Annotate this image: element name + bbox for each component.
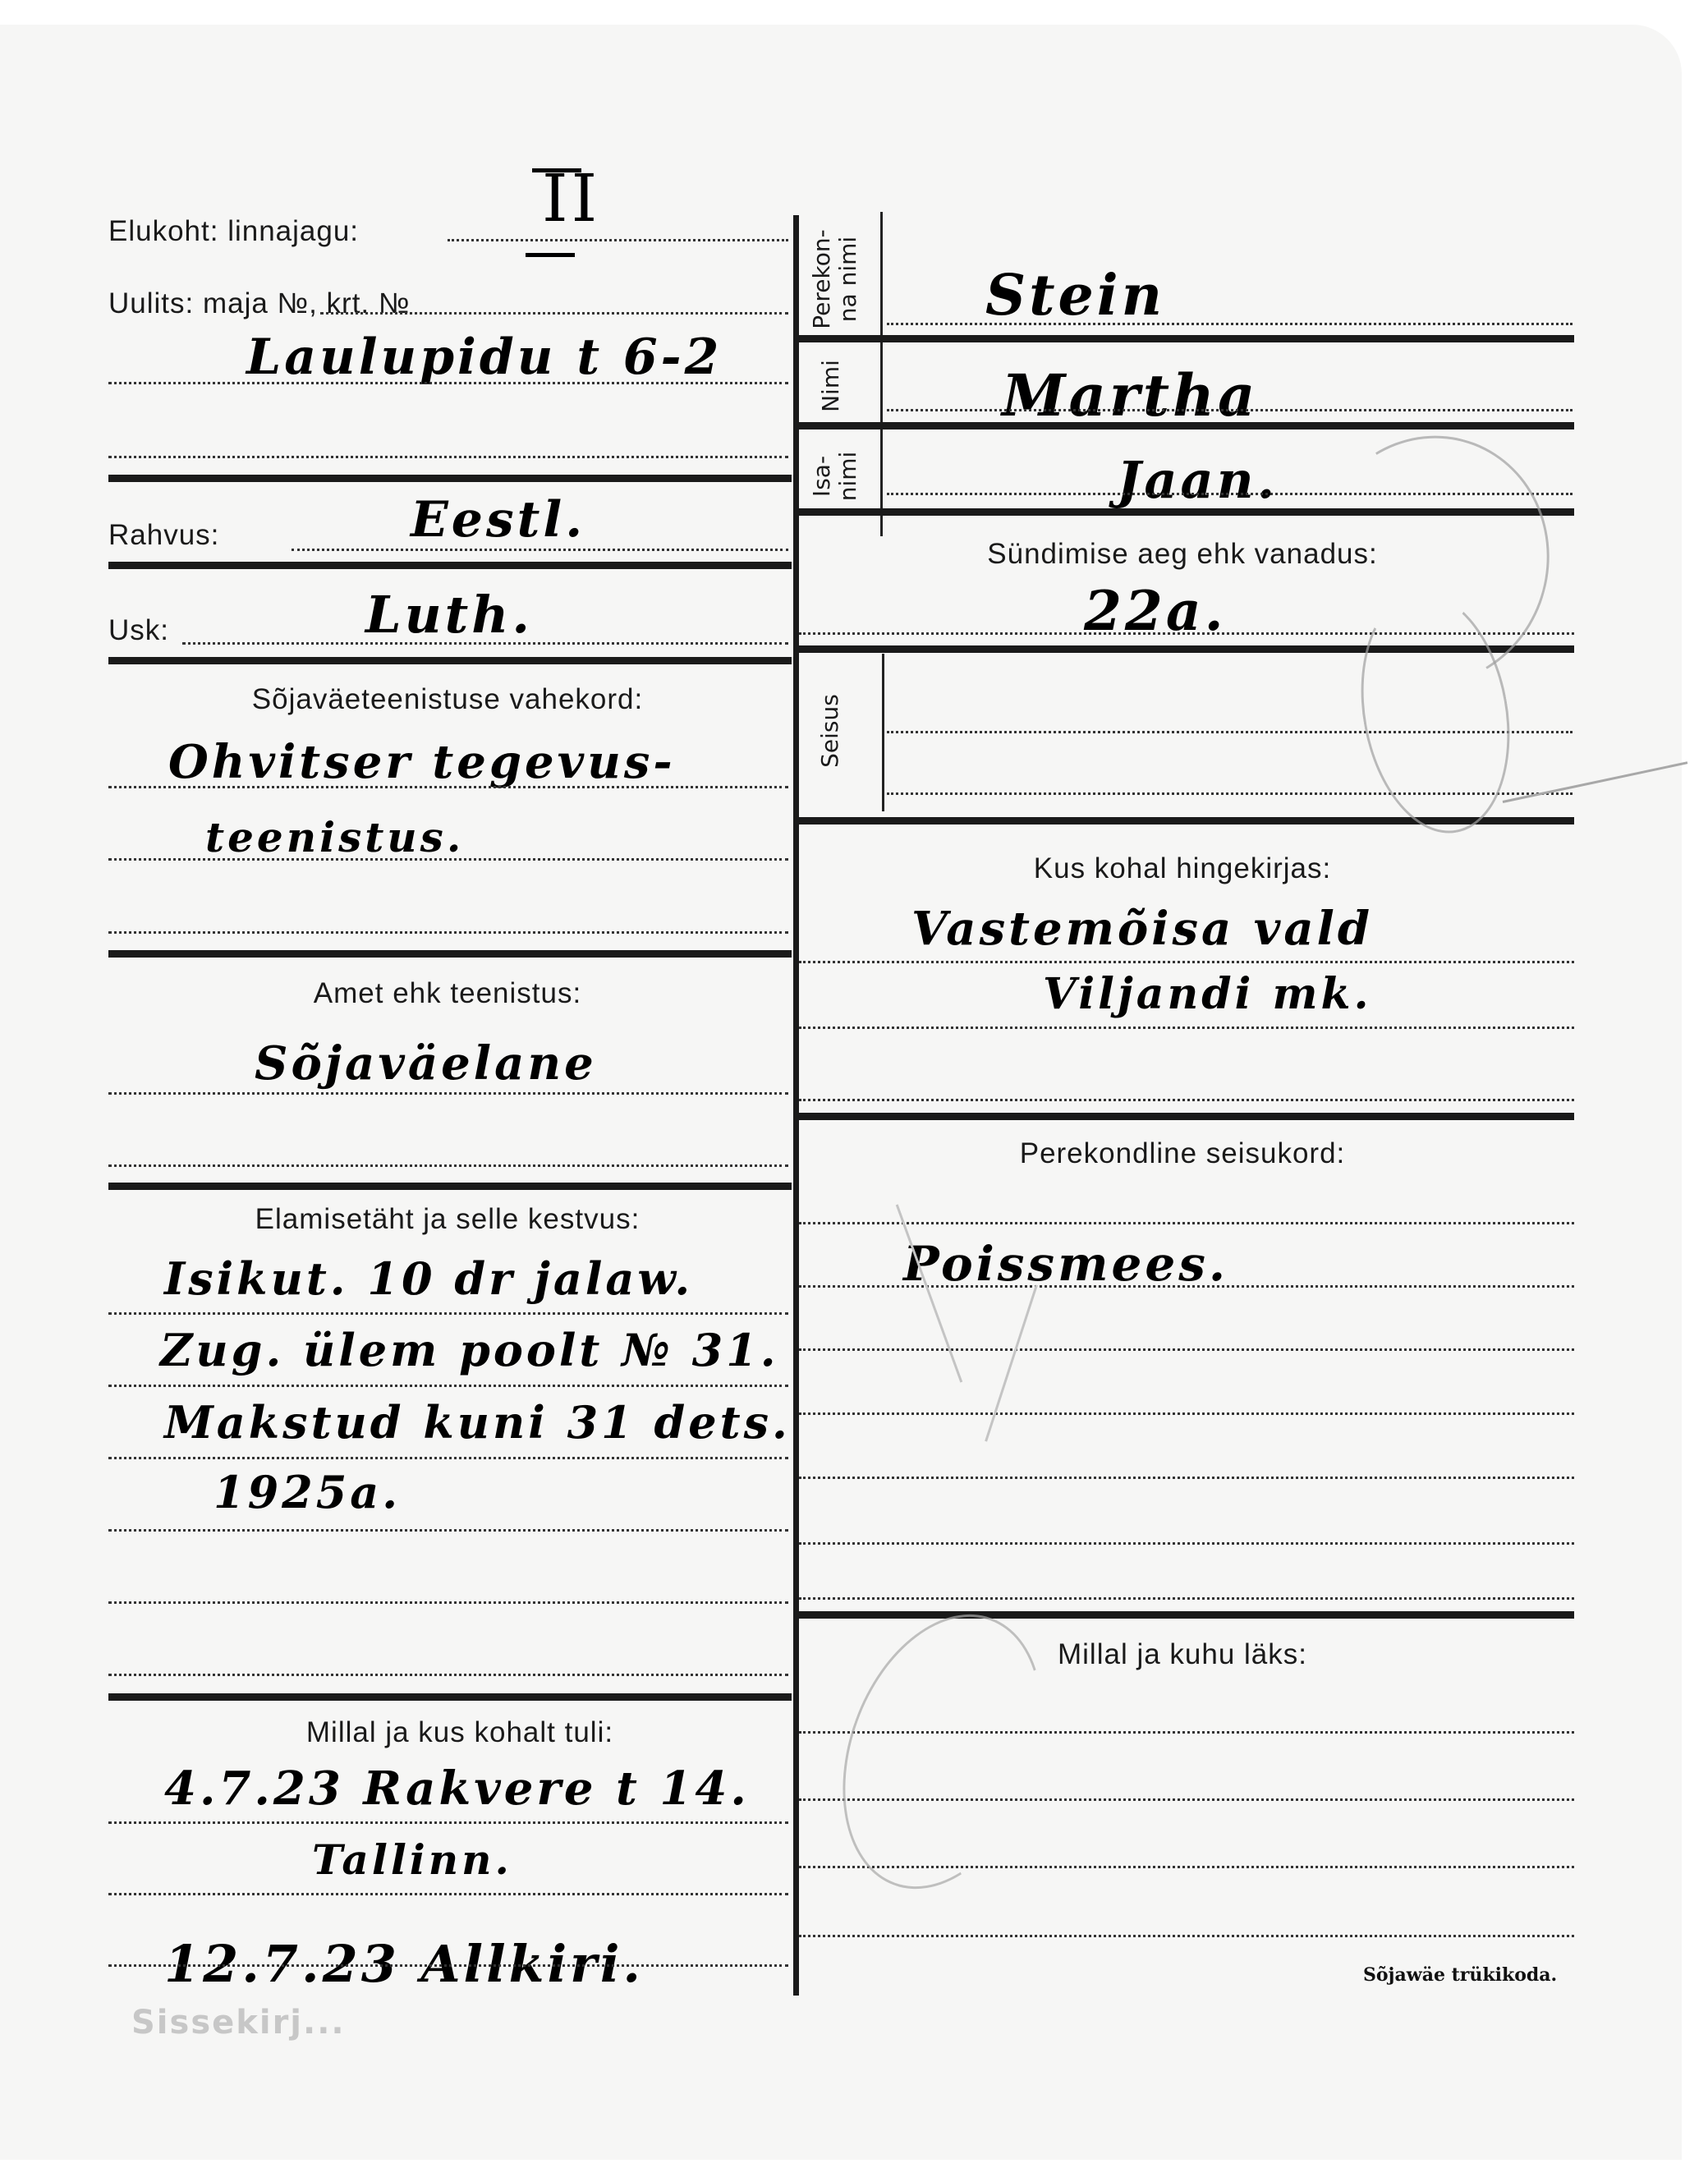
label-lahkus: Millal ja kuhu läks: (1058, 1638, 1307, 1671)
underline-mark (526, 253, 575, 257)
dotted-line (799, 1597, 1574, 1600)
dotted-line (292, 549, 788, 551)
label-isanimi: Isa- nimi (809, 435, 861, 517)
value-hingekiri-line2: Viljandi mk. (1043, 969, 1372, 1019)
dotted-line (108, 1893, 788, 1895)
section-divider (108, 1183, 792, 1190)
dotted-line (799, 1477, 1574, 1479)
dotted-line (799, 1027, 1574, 1029)
value-perekondlik: Poissmees. (903, 1236, 1228, 1292)
label-seisus: Seisus (817, 673, 843, 788)
dotted-line (108, 1164, 788, 1167)
label-rahvus: Rahvus: (108, 519, 219, 552)
dotted-line (108, 1821, 788, 1824)
dotted-line (108, 1092, 788, 1095)
label-nimi: Nimi (818, 345, 844, 427)
label-amet: Amet ehk teenistus: (314, 977, 581, 1010)
label-usk: Usk: (108, 614, 169, 647)
label-column-divider (880, 212, 883, 536)
section-divider (108, 475, 792, 482)
dotted-line (108, 1601, 788, 1604)
dotted-line (887, 323, 1573, 325)
label-sojavae: Sõjaväeteenistuse vahekord: (252, 683, 643, 716)
dotted-line (799, 1348, 1574, 1351)
dotted-line (108, 1964, 788, 1967)
section-divider (108, 1693, 792, 1701)
dotted-line (887, 409, 1573, 411)
dotted-line (108, 1457, 788, 1459)
label-elamiseluba: Elamisetäht ja selle kestvus: (255, 1203, 640, 1236)
value-usk: Luth. (365, 585, 533, 645)
dotted-line (320, 312, 788, 315)
value-sojavae-line2: teenistus. (205, 813, 464, 861)
value-isanimi: Jaan. (1117, 450, 1278, 510)
value-elamiseluba-line2: Zug. ülem poolt № 31. (160, 1324, 779, 1376)
section-divider (799, 1113, 1574, 1120)
value-sojavae-line1: Ohvitser tegevus- (168, 735, 676, 789)
dotted-line (799, 1222, 1574, 1224)
section-divider (108, 950, 792, 958)
dotted-line (799, 1285, 1574, 1288)
dotted-line (799, 1542, 1574, 1545)
center-divider (793, 215, 799, 1996)
value-elamiseluba-line1: Isikut. 10 dr jalaw. (164, 1252, 693, 1305)
section-divider (799, 422, 1574, 429)
dotted-line (448, 239, 788, 241)
value-perekonnanimi: Stein (985, 263, 1165, 328)
section-divider (799, 1611, 1574, 1619)
value-uulits: Laulupidu t 6-2 (246, 328, 722, 386)
dotted-line (108, 382, 788, 384)
dotted-line (108, 1312, 788, 1315)
dotted-line (108, 786, 788, 788)
label-saabus: Millal ja kus kohalt tuli: (306, 1716, 613, 1749)
value-amet: Sõjaväelane (255, 1036, 597, 1091)
dotted-line (799, 961, 1574, 963)
faded-stamp: Sissekirj... (131, 2004, 346, 2042)
seisus-column-divider (882, 654, 884, 811)
value-nimi: Martha (1002, 361, 1258, 429)
dotted-line (108, 1529, 788, 1532)
dotted-line (799, 1099, 1574, 1101)
dotted-line (108, 456, 788, 458)
value-elamiseluba-line4: 1925a. (213, 1466, 401, 1518)
dotted-line (108, 931, 788, 934)
label-uulits: Uulits: maja №, krt. № (108, 287, 410, 320)
value-hingekiri-line1: Vastemõisa vald (911, 902, 1373, 956)
value-saabus-line2: Tallinn. (312, 1835, 512, 1884)
dotted-line (108, 858, 788, 861)
section-divider (108, 657, 792, 664)
label-perekondlik: Perekondline seisukord: (1020, 1137, 1346, 1170)
dotted-line (108, 1385, 788, 1387)
dotted-line (799, 1412, 1574, 1415)
dotted-line (799, 1935, 1574, 1937)
label-elukoht: Elukoht: linnajagu: (108, 215, 359, 248)
printer-imprint: Sõjawäe trükikoda. (1363, 1964, 1557, 1986)
dotted-line (108, 1674, 788, 1676)
value-elamiseluba-line3: Makstud kuni 31 dets. (164, 1396, 791, 1449)
underline-mark (532, 168, 581, 172)
section-divider (108, 562, 792, 569)
value-saabus-line1: 4.7.23 Rakvere t 14. (164, 1761, 750, 1816)
section-divider (799, 335, 1574, 342)
label-hingekiri: Kus kohal hingekirjas: (1034, 852, 1331, 885)
label-perekonnanimi: Perekon- na nimi (809, 218, 861, 341)
value-rahvus: Eestl. (411, 491, 585, 549)
